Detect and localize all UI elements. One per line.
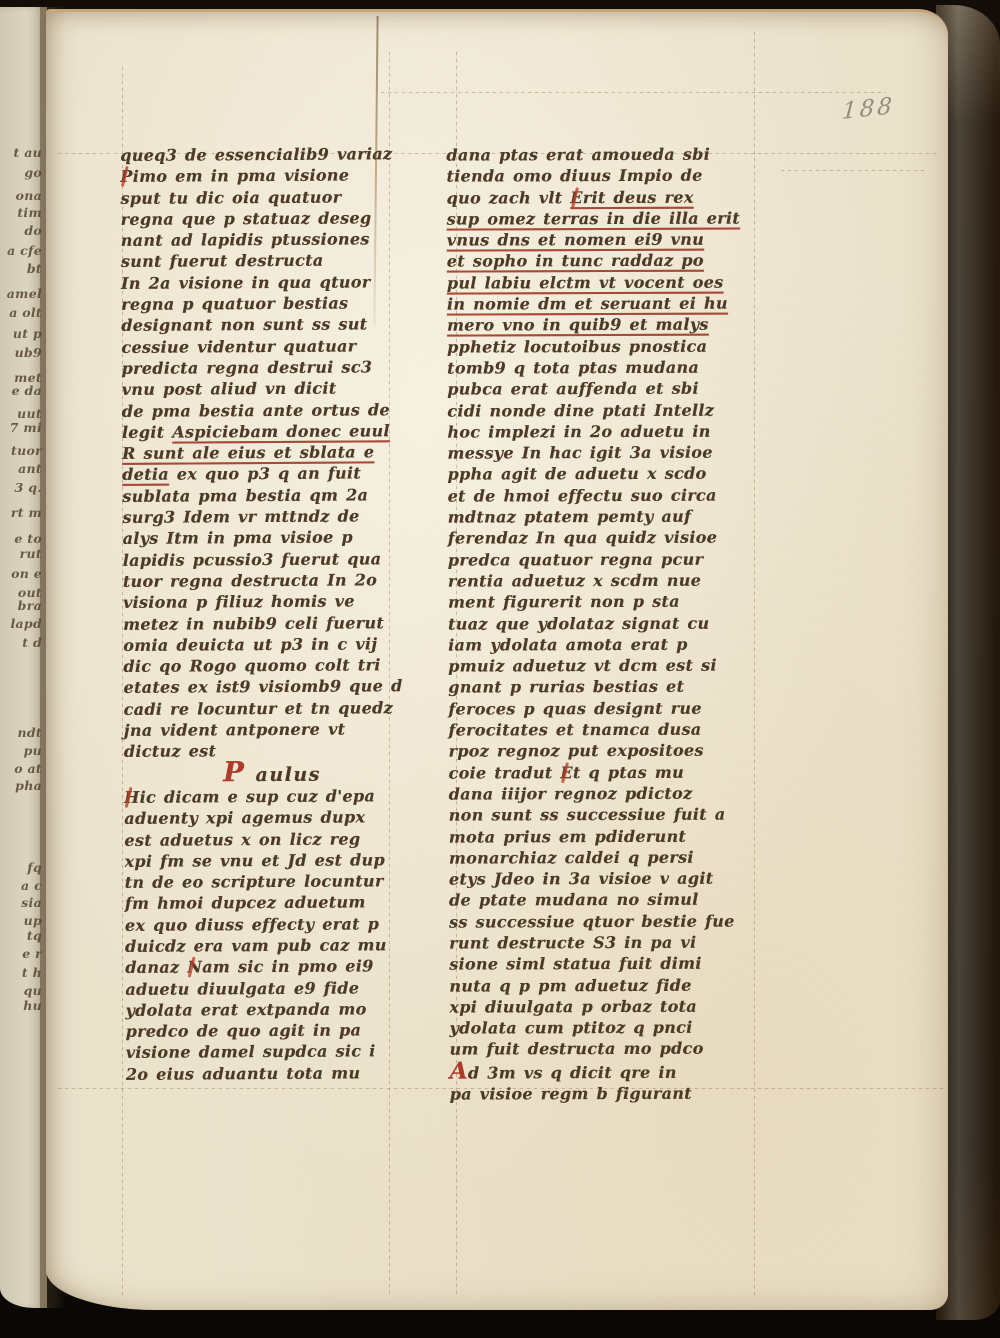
- manuscript-line: designant non sunt ss sut: [121, 313, 417, 336]
- manuscript-text-segment: danaz: [125, 958, 187, 977]
- manuscript-text-segment: legit: [122, 422, 172, 441]
- manuscript-line: visiona p filiuz homis ve: [123, 590, 419, 613]
- manuscript-line: Ad 3m vs q dicit qre in: [450, 1059, 784, 1083]
- manuscript-line: mota prius em pdiderunt: [449, 825, 783, 847]
- manuscript-text-segment: xpi diuulgata p orbaz tota: [449, 997, 697, 1017]
- manuscript-text-segment: sione siml statua fuit dimi: [449, 954, 702, 974]
- manuscript-text-segment: et sopho in tunc raddaz po: [447, 251, 704, 271]
- manuscript-line: danaz Nam sic in pmo ei9: [125, 955, 421, 978]
- margin-text-fragment: t h: [22, 967, 42, 980]
- manuscript-line: messye In hac igit 3a visioe: [447, 442, 781, 464]
- margin-text-fragment: rt m: [11, 507, 42, 520]
- text-column-left: queq3 de essencialib9 variazPimo em in p…: [120, 143, 422, 1085]
- manuscript-text-segment: rit deus rex: [583, 187, 694, 206]
- manuscript-text-segment: non sunt ss successiue fuit a: [449, 805, 726, 825]
- manuscript-text-segment: pubca erat auffenda et sbi: [447, 379, 699, 399]
- manuscript-text-segment: rpoz regnoz put expositoes: [448, 741, 703, 761]
- manuscript-line: tn de eo scripture locuntur: [125, 870, 421, 893]
- manuscript-line: 2o eius aduantu tota mu: [126, 1062, 422, 1085]
- manuscript-line: tuor regna destructa In 2o: [123, 569, 419, 592]
- manuscript-text-segment: et de hmoi effectu suo circa: [448, 485, 717, 505]
- manuscript-text-segment: vnus dns et nomen ei9 vnu: [447, 230, 704, 250]
- manuscript-text-segment: regna p quatuor bestias: [121, 294, 348, 314]
- manuscript-text-segment: designant non sunt ss sut: [121, 315, 367, 336]
- manuscript-line: alys Itm in pma visioe p: [122, 526, 418, 549]
- manuscript-text-segment: dic qo Rogo quomo colt tri: [123, 655, 380, 676]
- manuscript-line: tuaz que ydolataz signat cu: [448, 612, 782, 634]
- manuscript-text-segment: pphetiz locutoibus pnostica: [447, 336, 707, 356]
- manuscript-line: runt destructe S3 in pa vi: [449, 931, 783, 953]
- manuscript-text-segment: ment figurerit non p sta: [448, 592, 680, 612]
- manuscript-text-segment: q ptas mu: [580, 762, 683, 781]
- manuscript-line: ment figurerit non p sta: [448, 591, 782, 613]
- manuscript-text-segment: N: [187, 958, 202, 977]
- manuscript-text-segment: R sunt ale eius et sblata e: [122, 443, 374, 464]
- manuscript-line: rentia aduetuz x scdm nue: [448, 569, 782, 591]
- manuscript-line: feroces p quas designt rue: [448, 697, 782, 719]
- manuscript-line: de ptate mudana no simul: [449, 889, 783, 911]
- manuscript-text-segment: tienda omo diuus Impio de: [446, 166, 702, 186]
- manuscript-line: nuta q p pm aduetuz fide: [449, 974, 783, 996]
- manuscript-line: xpi fm se vnu et Jd est dup: [124, 849, 420, 872]
- manuscript-text-segment: In 2a visione in qua qtuor: [121, 272, 371, 293]
- manuscript-text-segment: ydolata erat extpanda mo: [125, 999, 366, 1019]
- manuscript-text-segment: ferocitates et tnamca dusa: [448, 720, 701, 740]
- manuscript-text-segment: runt destructe S3 in pa vi: [449, 933, 696, 953]
- manuscript-line: etates ex ist9 visiomb9 que d: [123, 676, 419, 699]
- folio-number: 188: [841, 95, 895, 124]
- manuscript-line: um fuit destructa mo pdco: [449, 1038, 783, 1060]
- manuscript-line: monarchiaz caldei q persi: [449, 846, 783, 868]
- manuscript-text-segment: dictuz est: [124, 742, 216, 762]
- manuscript-line: cidi nonde dine ptati Intellz: [447, 399, 781, 421]
- margin-text-fragment: tuor: [11, 445, 42, 458]
- manuscript-page: 188 queq3 de essencialib9 variazPimo em …: [46, 9, 948, 1310]
- margin-text-fragment: ant: [18, 463, 42, 476]
- manuscript-text-segment: fm hmoi dupcez aduetum: [125, 893, 366, 913]
- manuscript-text-segment: sunt fuerut destructa: [121, 251, 324, 271]
- manuscript-line: rpoz regnoz put expositoes: [448, 740, 782, 762]
- manuscript-text-segment: duicdz era vam pub caz mu: [125, 935, 387, 956]
- manuscript-text-segment: feroces p quas designt rue: [448, 698, 702, 718]
- manuscript-line: pubca erat auffenda et sbi: [447, 378, 781, 400]
- manuscript-line: jna vident antponere vt: [124, 718, 420, 741]
- ruling-line-horizontal: [781, 170, 926, 171]
- manuscript-line: predca quatuor regna pcur: [448, 548, 782, 570]
- margin-text-fragment: ub9: [15, 347, 42, 360]
- manuscript-line: surg3 Idem vr mttndz de: [122, 505, 418, 528]
- manuscript-line: iam ydolata amota erat p: [448, 633, 782, 655]
- manuscript-text-segment: imo em in pma visione: [133, 166, 350, 186]
- manuscript-line: duicdz era vam pub caz mu: [125, 934, 421, 957]
- manuscript-text-segment: regna que p statuaz deseg: [121, 208, 372, 229]
- manuscript-text-segment: tuor regna destructa In 2o: [123, 570, 377, 591]
- manuscript-line: ydolata cum ptitoz q pnci: [449, 1017, 783, 1039]
- manuscript-line: vnus dns et nomen ei9 vnu: [447, 229, 781, 251]
- manuscript-text-segment: iam ydolata amota erat p: [448, 635, 688, 655]
- manuscript-line: metez in nubib9 celi fuerut: [123, 612, 419, 635]
- manuscript-text-segment: tuaz que ydolataz signat cu: [448, 613, 709, 633]
- manuscript-text-segment: metez in nubib9 celi fuerut: [123, 613, 384, 634]
- margin-text-fragment: a olt: [9, 307, 42, 320]
- manuscript-line: dic qo Rogo quomo colt tri: [123, 654, 419, 677]
- margin-text-fragment: amel: [7, 288, 42, 301]
- manuscript-line: Hic dicam e sup cuz d'epa: [124, 785, 420, 808]
- manuscript-line: tomb9 q tota ptas mudana: [447, 356, 781, 378]
- margin-text-fragment: rut: [20, 548, 42, 561]
- margin-text-fragment: o at: [14, 763, 42, 776]
- manuscript-text-segment: monarchiaz caldei q persi: [449, 848, 694, 868]
- manuscript-text-segment: sup omez terras in die illa erit: [447, 208, 740, 228]
- manuscript-line: nant ad lapidis ptussiones: [121, 228, 417, 251]
- manuscript-line: in nomie dm et seruant ei hu: [447, 292, 781, 314]
- manuscript-text-segment: etys Jdeo in 3a visioe v agit: [449, 869, 714, 889]
- manuscript-line: Pimo em in pma visione: [120, 164, 416, 187]
- manuscript-text-segment: cadi re locuntur et tn quedz: [124, 698, 393, 719]
- manuscript-line: regna que p statuaz deseg: [121, 207, 417, 230]
- manuscript-text-segment: tomb9 q tota ptas mudana: [447, 358, 699, 378]
- manuscript-text-segment: pul labiu elctm vt vocent oes: [447, 272, 724, 292]
- manuscript-line: dana ptas erat amoueda sbi: [446, 143, 780, 165]
- margin-text-fragment: e da: [12, 385, 42, 398]
- manuscript-text-segment: E: [570, 188, 583, 207]
- manuscript-line: sione siml statua fuit dimi: [449, 953, 783, 975]
- manuscript-text-segment: detia: [122, 465, 169, 484]
- manuscript-text-segment: predco de quo agit in pa: [125, 1021, 361, 1041]
- margin-text-fragment: lapd: [10, 618, 42, 631]
- manuscript-line: pphetiz locutoibus pnostica: [447, 335, 781, 357]
- manuscript-text-segment: d 3m vs q dicit qre in: [468, 1063, 677, 1083]
- manuscript-line: cadi re locuntur et tn quedz: [124, 697, 420, 720]
- manuscript-line: ss successiue qtuor bestie fue: [449, 910, 783, 932]
- manuscript-line: mero vno in quib9 et malys: [447, 314, 781, 336]
- manuscript-text-segment: am sic in pmo ei9: [202, 957, 374, 977]
- manuscript-line: xpi diuulgata p orbaz tota: [449, 995, 783, 1017]
- manuscript-line: gnant p rurias bestias et: [448, 676, 782, 698]
- margin-text-fragment: on e: [11, 568, 42, 581]
- manuscript-line: mdtnaz ptatem pemty auf: [448, 505, 782, 527]
- margin-text-fragment: uut: [17, 408, 42, 421]
- manuscript-text-segment: aulus: [245, 763, 321, 785]
- manuscript-text-segment: ferendaz In qua quidz visioe: [448, 528, 717, 548]
- manuscript-text-segment: P: [223, 756, 245, 788]
- manuscript-text-segment: dana iiijor regnoz pdictoz: [449, 784, 693, 804]
- manuscript-text-segment: mdtnaz ptatem pemty auf: [448, 507, 692, 527]
- section-heading: P aulus: [124, 761, 420, 787]
- manuscript-text-segment: H: [124, 788, 140, 807]
- manuscript-line: est aduetus x on licz reg: [124, 828, 420, 851]
- manuscript-text-segment: predicta regna destrui sc3: [121, 357, 372, 378]
- manuscript-line: cessiue videntur quatuar: [121, 335, 417, 358]
- manuscript-line: ferocitates et tnamca dusa: [448, 718, 782, 740]
- manuscript-line: R sunt ale eius et sblata e: [122, 441, 418, 464]
- manuscript-line: In 2a visione in qua qtuor: [121, 271, 417, 294]
- manuscript-text-segment: etates ex ist9 visiomb9 que d: [123, 677, 402, 698]
- margin-text-fragment: sia: [21, 897, 42, 910]
- manuscript-line: regna p quatuor bestias: [121, 292, 417, 315]
- manuscript-text-segment: cessiue videntur quatuar: [121, 336, 356, 356]
- manuscript-text-segment: hoc implezi in 2o aduetu in: [447, 422, 710, 442]
- manuscript-line: de pma bestia ante ortus de: [122, 399, 418, 422]
- manuscript-text-segment: mota prius em pdiderunt: [449, 826, 686, 846]
- margin-text-fragment: a c: [21, 880, 42, 893]
- manuscript-text-segment: tn de eo scripture locuntur: [125, 871, 384, 892]
- manuscript-line: sunt fuerut destructa: [121, 250, 417, 273]
- manuscript-line: fm hmoi dupcez aduetum: [125, 891, 421, 914]
- manuscript-text-segment: nant ad lapidis ptussiones: [121, 230, 370, 251]
- manuscript-text-segment: ydolata cum ptitoz q pnci: [449, 1018, 692, 1038]
- manuscript-text-segment: rentia aduetuz x scdm nue: [448, 571, 701, 591]
- manuscript-text-segment: ss successiue qtuor bestie fue: [449, 911, 735, 931]
- manuscript-text-segment: jna vident antponere vt: [124, 720, 346, 740]
- manuscript-text-segment: coie tradut: [448, 763, 560, 782]
- ruling-line-horizontal: [381, 92, 886, 93]
- manuscript-text-segment: omia deuicta ut p3 in c vij: [123, 634, 377, 655]
- manuscript-text-segment: lapidis pcussio3 fuerut qua: [123, 549, 382, 570]
- manuscript-photo: t augoonatimdoa cfebtamela oltut pub9met…: [0, 0, 1000, 1338]
- manuscript-text-segment: nuta q p pm aduetuz fide: [449, 975, 691, 995]
- margin-text-fragment: a cfe: [7, 245, 42, 258]
- manuscript-line: dictuz est: [124, 739, 420, 762]
- manuscript-text-segment: dana ptas erat amoueda sbi: [446, 145, 710, 165]
- manuscript-text-segment: um fuit destructa mo pdco: [449, 1039, 703, 1059]
- manuscript-line: legit Aspiciebam donec euul: [122, 420, 418, 443]
- margin-text-fragment: bra: [18, 600, 42, 613]
- manuscript-line: ex quo diuss effecty erat p: [125, 913, 421, 936]
- manuscript-text-segment: in nomie dm et seruant ei hu: [447, 294, 728, 314]
- manuscript-text-segment: quo zach vlt: [446, 188, 570, 207]
- manuscript-line: predco de quo agit in pa: [125, 1019, 421, 1042]
- manuscript-text-segment: visiona p filiuz homis ve: [123, 592, 355, 612]
- manuscript-line: aduetu diuulgata e9 fide: [125, 977, 421, 1000]
- manuscript-line: pul labiu elctm vt vocent oes: [447, 271, 781, 293]
- manuscript-line: ydolata erat extpanda mo: [125, 998, 421, 1021]
- manuscript-text-segment: Aspiciebam donec euul: [172, 421, 390, 441]
- manuscript-line: sublata pma bestia qm 2a: [122, 484, 418, 507]
- manuscript-text-segment: aduetu diuulgata e9 fide: [125, 978, 359, 998]
- manuscript-text-segment: mero vno in quib9 et malys: [447, 315, 709, 335]
- manuscript-line: queq3 de essencialib9 variaz: [120, 143, 416, 166]
- manuscript-text-segment: ex quo diuss effecty erat p: [125, 914, 379, 935]
- manuscript-line: coie tradut Et q ptas mu: [448, 761, 782, 783]
- margin-text-fragment: tim: [17, 207, 42, 220]
- margin-text-fragment: e to: [14, 533, 42, 546]
- manuscript-line: omia deuicta ut p3 in c vij: [123, 633, 419, 656]
- manuscript-text-segment: ex quo p3 q an fuit: [169, 464, 361, 484]
- manuscript-line: pmuiz aduetuz vt dcm est si: [448, 655, 782, 677]
- manuscript-text-segment: pa visioe regm b figurant: [450, 1084, 692, 1104]
- margin-text-fragment: pha: [15, 780, 42, 793]
- manuscript-text-segment: predca quatuor regna pcur: [448, 549, 703, 569]
- manuscript-text-segment: sublata pma bestia qm 2a: [122, 485, 368, 506]
- margin-text-fragment: ut p: [13, 328, 42, 341]
- manuscript-text-segment: de pma bestia ante ortus de: [122, 400, 390, 421]
- manuscript-line: ppha agit de aduetu x scdo: [447, 463, 781, 485]
- margin-text-fragment: ona: [16, 190, 42, 203]
- manuscript-text-segment: ppha agit de aduetu x scdo: [447, 464, 706, 484]
- manuscript-line: etys Jdeo in 3a visioe v agit: [449, 868, 783, 890]
- manuscript-text-segment: visione damel supdca sic i: [126, 1042, 376, 1063]
- text-column-right: dana ptas erat amoueda sbitienda omo diu…: [446, 143, 783, 1105]
- manuscript-text-segment: xpi fm se vnu et Jd est dup: [124, 850, 384, 871]
- manuscript-line: lapidis pcussio3 fuerut qua: [123, 548, 419, 571]
- manuscript-line: et de hmoi effectu suo circa: [448, 484, 782, 506]
- manuscript-text-segment: P: [120, 167, 132, 186]
- manuscript-text-segment: gnant p rurias bestias et: [448, 677, 684, 697]
- manuscript-text-segment: cidi nonde dine ptati Intellz: [447, 400, 714, 420]
- manuscript-text-segment: alys Itm in pma visioe p: [122, 528, 352, 548]
- margin-text-fragment: 3 q.: [15, 482, 42, 495]
- manuscript-line: ferendaz In qua quidz visioe: [448, 527, 782, 549]
- manuscript-line: tienda omo diuus Impio de: [446, 165, 780, 187]
- manuscript-line: sput tu dic oia quatuor: [120, 186, 416, 209]
- manuscript-line: vnu post aliud vn dicit: [122, 377, 418, 400]
- manuscript-text-segment: Et: [560, 763, 580, 782]
- manuscript-text-segment: ic dicam e sup cuz d'epa: [139, 786, 375, 806]
- manuscript-text-segment: pmuiz aduetuz vt dcm est si: [448, 656, 717, 676]
- manuscript-text-segment: est aduetus x on licz reg: [124, 829, 360, 849]
- manuscript-line: pa visioe regm b figurant: [450, 1082, 784, 1104]
- manuscript-text-segment: A: [450, 1057, 468, 1084]
- manuscript-text-segment: queq3 de essencialib9 variaz: [120, 144, 392, 165]
- manuscript-text-segment: sput tu dic oia quatuor: [120, 187, 341, 207]
- manuscript-line: quo zach vlt Erit deus rex: [446, 186, 780, 208]
- manuscript-text-segment: surg3 Idem vr mttndz de: [122, 507, 359, 527]
- manuscript-line: visione damel supdca sic i: [126, 1041, 422, 1064]
- manuscript-line: non sunt ss successiue fuit a: [449, 804, 783, 826]
- manuscript-line: dana iiijor regnoz pdictoz: [449, 782, 783, 804]
- manuscript-line: detia ex quo p3 q an fuit: [122, 463, 418, 486]
- margin-text-fragment: ndt: [17, 727, 42, 740]
- manuscript-line: et sopho in tunc raddaz po: [447, 250, 781, 272]
- manuscript-line: hoc implezi in 2o aduetu in: [447, 420, 781, 442]
- manuscript-text-segment: de ptate mudana no simul: [449, 890, 699, 910]
- margin-text-fragment: 7 mi: [10, 422, 42, 435]
- manuscript-text-segment: aduenty xpi agemus dupx: [124, 808, 365, 828]
- manuscript-text-segment: messye In hac igit 3a visioe: [447, 443, 712, 463]
- manuscript-text-segment: 2o eius aduantu tota mu: [126, 1063, 361, 1083]
- manuscript-text-segment: vnu post aliud vn dicit: [122, 379, 337, 399]
- manuscript-line: predicta regna destrui sc3: [121, 356, 417, 379]
- margin-text-fragment: t au: [13, 147, 42, 160]
- manuscript-line: sup omez terras in die illa erit: [447, 207, 781, 229]
- manuscript-line: aduenty xpi agemus dupx: [124, 806, 420, 829]
